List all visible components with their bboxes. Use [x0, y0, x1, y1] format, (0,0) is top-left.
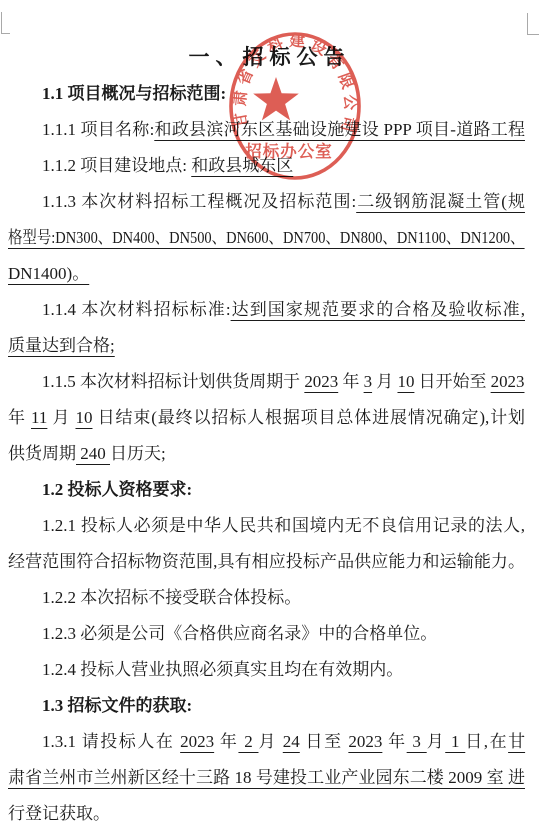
text-line: 1.2.2 本次招标不接受联合体投标。 [8, 580, 525, 616]
text-run: 1.1.5 本次材料招标计划供货周期于 [42, 372, 304, 391]
underlined-text: DN1400)。 [8, 264, 89, 283]
text-line: 1.2.4 投标人营业执照必须真实且均在有效期内。 [8, 652, 525, 688]
underlined-text: 质量达到合格; [8, 336, 115, 355]
underlined-text: 2023 [180, 732, 214, 751]
text-line: 1.1.1 项目名称:和政县滨河东区基础设施建设 PPP 项目-道路工程 [8, 112, 525, 148]
text-line: 供货周期 240 日历天; [8, 436, 525, 472]
text-run: 日结束(最终以招标人根据项目总体进展情况确定),计划 [92, 408, 525, 427]
text-line: 肃省兰州市兰州新区经十三路 18 号建投工业产业园东二楼 2009 室 进 [8, 760, 525, 796]
underlined-text: 2023 [304, 372, 338, 391]
text-line: 行登记获取。 [8, 796, 525, 832]
text-boundary-mark-top-right [527, 13, 539, 35]
text-run: 1.2.2 本次招标不接受联合体投标。 [42, 588, 301, 607]
text-run: 年 [382, 732, 406, 751]
text-run: 1.3 招标文件的获取: [42, 696, 192, 715]
underlined-text: 甘 [508, 732, 525, 751]
page-title: 一、招标公告 [0, 0, 539, 70]
text-run: 行登记获取。 [8, 804, 110, 823]
text-run: 日开始至 [414, 372, 490, 391]
underlined-text: 格型号:DN300、DN400、DN500、DN600、DN700、DN800、… [8, 228, 525, 247]
text-run: 1.3.1 请投标人在 [42, 732, 180, 751]
text-run: 年 [8, 408, 31, 427]
text-run: 月 [372, 372, 397, 391]
text-run: 年 [214, 732, 238, 751]
document-body: 1.1 项目概况与招标范围:1.1.1 项目名称:和政县滨河东区基础设施建设 P… [0, 76, 539, 832]
text-run: 日至 [300, 732, 349, 751]
text-run: 1.1 项目概况与招标范围: [42, 84, 226, 103]
text-line: 1.1.5 本次材料招标计划供货周期于 2023 年 3 月 10 日开始至 2… [8, 364, 523, 400]
section-heading: 1.3 招标文件的获取: [8, 688, 525, 724]
text-run: 1.1.1 项目名称: [42, 120, 154, 139]
text-run: 1.2.4 投标人营业执照必须真实且均在有效期内。 [42, 660, 403, 679]
text-line: DN1400)。 [8, 256, 525, 292]
underlined-text: 2 [238, 732, 258, 751]
underlined-text: 达到国家规范要求的合格及验收标准, [231, 300, 525, 319]
underlined-text: 和政县城东区 [191, 156, 293, 175]
text-run: 1.1.4 本次材料招标标准: [42, 300, 231, 319]
text-line: 年 11 月 10 日结束(最终以招标人根据项目总体进展情况确定),计划 [8, 400, 525, 436]
underlined-text: 3 [364, 372, 372, 391]
underlined-text: 24 [283, 732, 300, 751]
underlined-text: 肃省兰州市兰州新区经十三路 18 号建投工业产业园东二楼 2009 室 进 [8, 768, 525, 787]
text-line: 1.1.4 本次材料招标标准:达到国家规范要求的合格及验收标准, [8, 292, 525, 328]
underlined-text: 2023 [348, 732, 382, 751]
text-boundary-mark-top-left [1, 12, 10, 34]
text-line: 1.1.3 本次材料招标工程概况及招标范围:二级钢筋混凝土管(规 [8, 184, 525, 220]
text-run: 月 [47, 408, 75, 427]
text-line: 1.3.1 请投标人在 2023 年 2 月 24 日至 2023 年 3 月 … [8, 724, 525, 760]
text-run: 年 [338, 372, 363, 391]
underlined-text: 1 [445, 732, 465, 751]
text-run: 月 [427, 732, 446, 751]
underlined-text: 11 [31, 408, 47, 427]
text-run: 1.1.2 项目建设地点: [42, 156, 191, 175]
section-heading: 1.2 投标人资格要求: [8, 472, 525, 508]
underlined-text: 240 [76, 444, 110, 463]
underlined-text: 2023 [491, 372, 525, 391]
text-run: 1.1.3 本次材料招标工程概况及招标范围: [42, 192, 356, 211]
text-line: 质量达到合格; [8, 328, 525, 364]
text-line: 格型号:DN300、DN400、DN500、DN600、DN700、DN800、… [8, 220, 447, 256]
underlined-text: 3 [407, 732, 427, 751]
text-run: 月 [258, 732, 282, 751]
text-run: 1.2 投标人资格要求: [42, 480, 192, 499]
text-run: 日历天; [110, 444, 166, 463]
text-run: 经营范围符合招标物资范围,具有相应投标产品供应能力和运输能力。 [8, 552, 525, 571]
text-line: 1.2.1 投标人必须是中华人民共和国境内无不良信用记录的法人, [8, 508, 525, 544]
document-page: 一、招标公告 1.1 项目概况与招标范围:1.1.1 项目名称:和政县滨河东区基… [0, 0, 539, 835]
text-line: 1.2.3 必须是公司《合格供应商名录》中的合格单位。 [8, 616, 525, 652]
text-line: 经营范围符合招标物资范围,具有相应投标产品供应能力和运输能力。 [8, 544, 525, 580]
text-run: 1.2.1 投标人必须是中华人民共和国境内无不良信用记录的法人, [42, 516, 525, 535]
text-run: 1.2.3 必须是公司《合格供应商名录》中的合格单位。 [42, 624, 437, 643]
underlined-text: 10 [397, 372, 414, 391]
text-run: 日,在 [465, 732, 508, 751]
text-line: 1.1.2 项目建设地点: 和政县城东区 [8, 148, 525, 184]
underlined-text: 二级钢筋混凝土管(规 [356, 192, 525, 211]
text-run: 供货周期 [8, 444, 76, 463]
underlined-text: 10 [75, 408, 92, 427]
section-heading: 1.1 项目概况与招标范围: [8, 76, 525, 112]
underlined-text: 和政县滨河东区基础设施建设 PPP 项目-道路工程 [154, 120, 525, 139]
